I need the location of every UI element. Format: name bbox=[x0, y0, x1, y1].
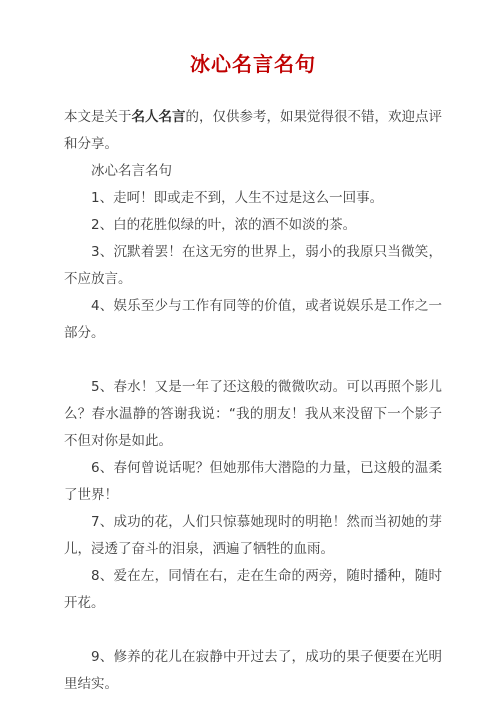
quote-item: 6、春何曾说话呢？但她那伟大潜隐的力量，已这般的温柔了世界！ bbox=[64, 455, 442, 509]
intro-text-prefix: 本文是关于 bbox=[64, 109, 132, 125]
quote-item: 9、修养的花儿在寂静中开过去了，成功的果子便要在光明里结实。 bbox=[64, 644, 442, 698]
quote-item: 7、成功的花，人们只惊慕她现时的明艳！然而当初她的芽儿，浸透了奋斗的泪泉，洒遍了… bbox=[64, 509, 442, 563]
page-title: 冰心名言名句 bbox=[64, 52, 442, 76]
section-subtitle: 冰心名言名句 bbox=[64, 158, 442, 185]
quote-item: 8、爱在左，同情在右，走在生命的两旁，随时播种，随时开花。 bbox=[64, 563, 442, 617]
quote-item: 1、走呵！即或走不到，人生不过是这么一回事。 bbox=[64, 185, 442, 212]
quote-item: 5、春水！又是一年了还这般的微微吹动。可以再照个影儿么？春水温静的答谢我说：“我… bbox=[64, 374, 442, 455]
quote-item: 4、娱乐至少与工作有同等的价值，或者说娱乐是工作之一部分。 bbox=[64, 293, 442, 347]
document-content: 本文是关于名人名言的，仅供参考，如果觉得很不错，欢迎点评和分享。 冰心名言名句 … bbox=[64, 104, 442, 698]
quote-item: 3、沉默着罢！在这无穷的世界上，弱小的我原只当微笑，不应放言。 bbox=[64, 239, 442, 293]
intro-paragraph: 本文是关于名人名言的，仅供参考，如果觉得很不错，欢迎点评和分享。 bbox=[64, 104, 442, 158]
document-page: 冰心名言名句 本文是关于名人名言的，仅供参考，如果觉得很不错，欢迎点评和分享。 … bbox=[0, 0, 500, 708]
intro-text-bold: 名人名言 bbox=[132, 109, 186, 125]
quote-item: 2、白的花胜似绿的叶，浓的酒不如淡的茶。 bbox=[64, 212, 442, 239]
quote-list: 1、走呵！即或走不到，人生不过是这么一回事。2、白的花胜似绿的叶，浓的酒不如淡的… bbox=[64, 185, 442, 698]
